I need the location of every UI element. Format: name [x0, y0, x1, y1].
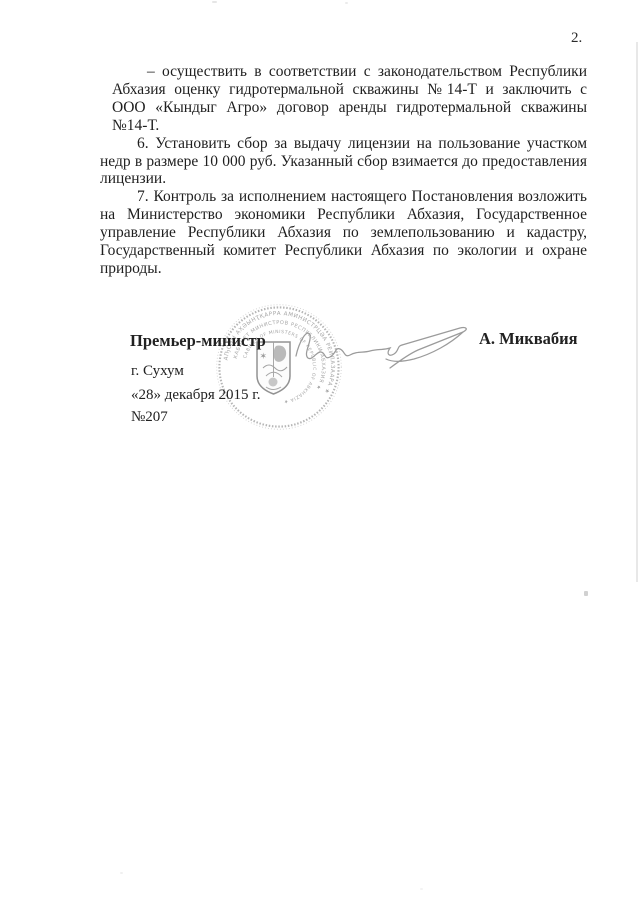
- scan-speck: [120, 872, 123, 874]
- scan-speck: [345, 2, 348, 4]
- document-number: №207: [131, 409, 168, 426]
- text-line: 7. Контроль за исполнением настоящего По…: [100, 188, 587, 206]
- signer-position-title: Премьер-министр: [130, 331, 266, 351]
- shield-horseman-figure: [269, 378, 278, 387]
- text-line: природы.: [100, 260, 587, 278]
- text-line: Государственный комитет Республики Абхаз…: [100, 242, 587, 260]
- scan-speck: [420, 888, 423, 890]
- scan-speck: [584, 591, 588, 596]
- text-line: 6. Установить сбор за выдачу лицензии на…: [100, 135, 587, 153]
- scan-edge-line: [636, 42, 638, 582]
- handwritten-signature: [290, 318, 482, 376]
- scan-speck: [212, 1, 217, 3]
- page-number: 2.: [571, 30, 582, 47]
- text-line: на Министерство экономики Республики Абх…: [100, 206, 587, 224]
- text-line: – осуществить в соответствии с законодат…: [112, 63, 587, 81]
- signature-date: «28» декабря 2015 г.: [131, 387, 261, 404]
- text-line: №14-Т.: [112, 117, 587, 135]
- document-body: – осуществить в соответствии с законодат…: [100, 63, 587, 278]
- text-line: ООО «Кындыг Агро» договор аренды гидроте…: [112, 99, 587, 117]
- signature-city: г. Сухум: [131, 363, 184, 380]
- text-line: управление Республики Абхазия по землепо…: [100, 224, 587, 242]
- text-line: недр в размере 10 000 руб. Указанный сбо…: [100, 153, 587, 171]
- text-line: лицензии.: [100, 170, 587, 188]
- text-line: Абхазия оценку гидротермальной скважины …: [112, 81, 587, 99]
- shield-star-icon: ✶: [260, 351, 268, 361]
- signer-name: А. Миквабия: [479, 329, 578, 349]
- document-page: 2. – осуществить в соответствии с законо…: [0, 0, 640, 905]
